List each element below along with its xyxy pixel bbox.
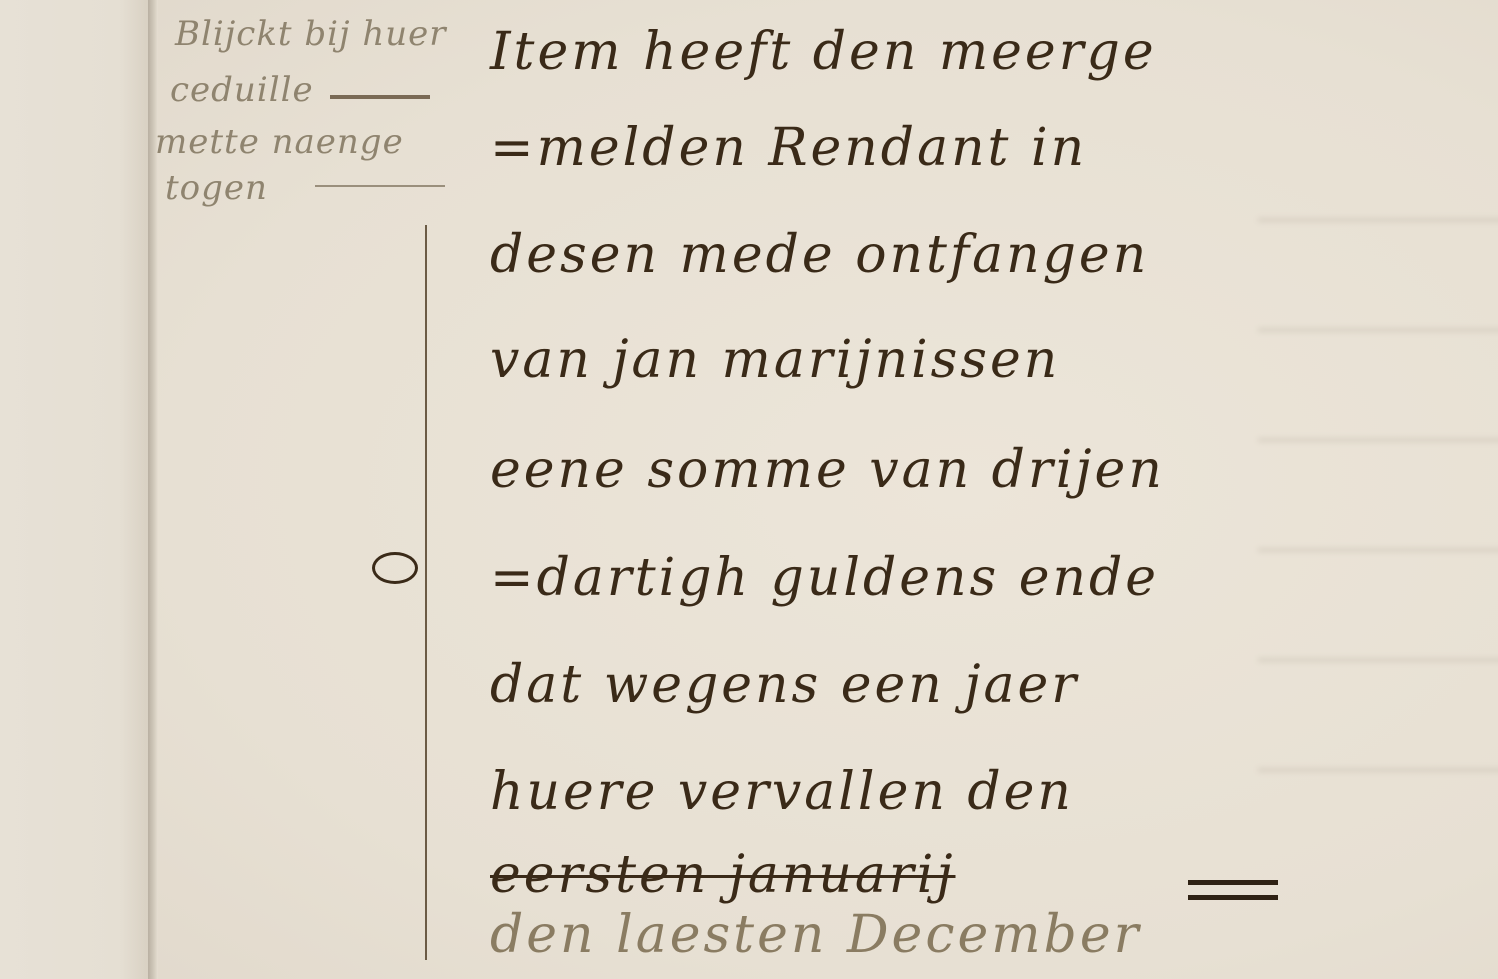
margin-note-line-4: togen (165, 168, 268, 208)
vertical-margin-rule (425, 225, 427, 960)
text-line-1: Item heeft den meerge (490, 22, 1157, 82)
text-line-6: =dartigh guldens ende (490, 548, 1159, 608)
margin-note-dash (330, 95, 430, 99)
double-rule-mark (1188, 880, 1278, 885)
text-line-7: dat wegens een jaer (490, 655, 1079, 715)
text-line-5: eene somme van drijen (490, 440, 1165, 500)
text-line-struck: eersten januarij (490, 845, 956, 905)
text-line-4: van jan marijnissen (490, 330, 1060, 390)
left-page-edge (0, 0, 150, 979)
text-line-2: =melden Rendant in (490, 118, 1087, 178)
margin-note-dash (315, 185, 445, 187)
margin-note-line-2: ceduille (170, 70, 314, 110)
text-line-8: huere vervallen den (490, 762, 1074, 822)
double-rule-mark (1188, 895, 1278, 900)
ink-bleed-through (1258, 170, 1498, 820)
margin-note-line-1: Blijckt bij huer (175, 14, 447, 54)
paragraph-marker-loop (372, 552, 418, 584)
margin-note-line-3: mette naenge (155, 122, 404, 162)
text-line-correction: den laesten December (490, 905, 1141, 965)
text-line-3: desen mede ontfangen (490, 225, 1149, 285)
